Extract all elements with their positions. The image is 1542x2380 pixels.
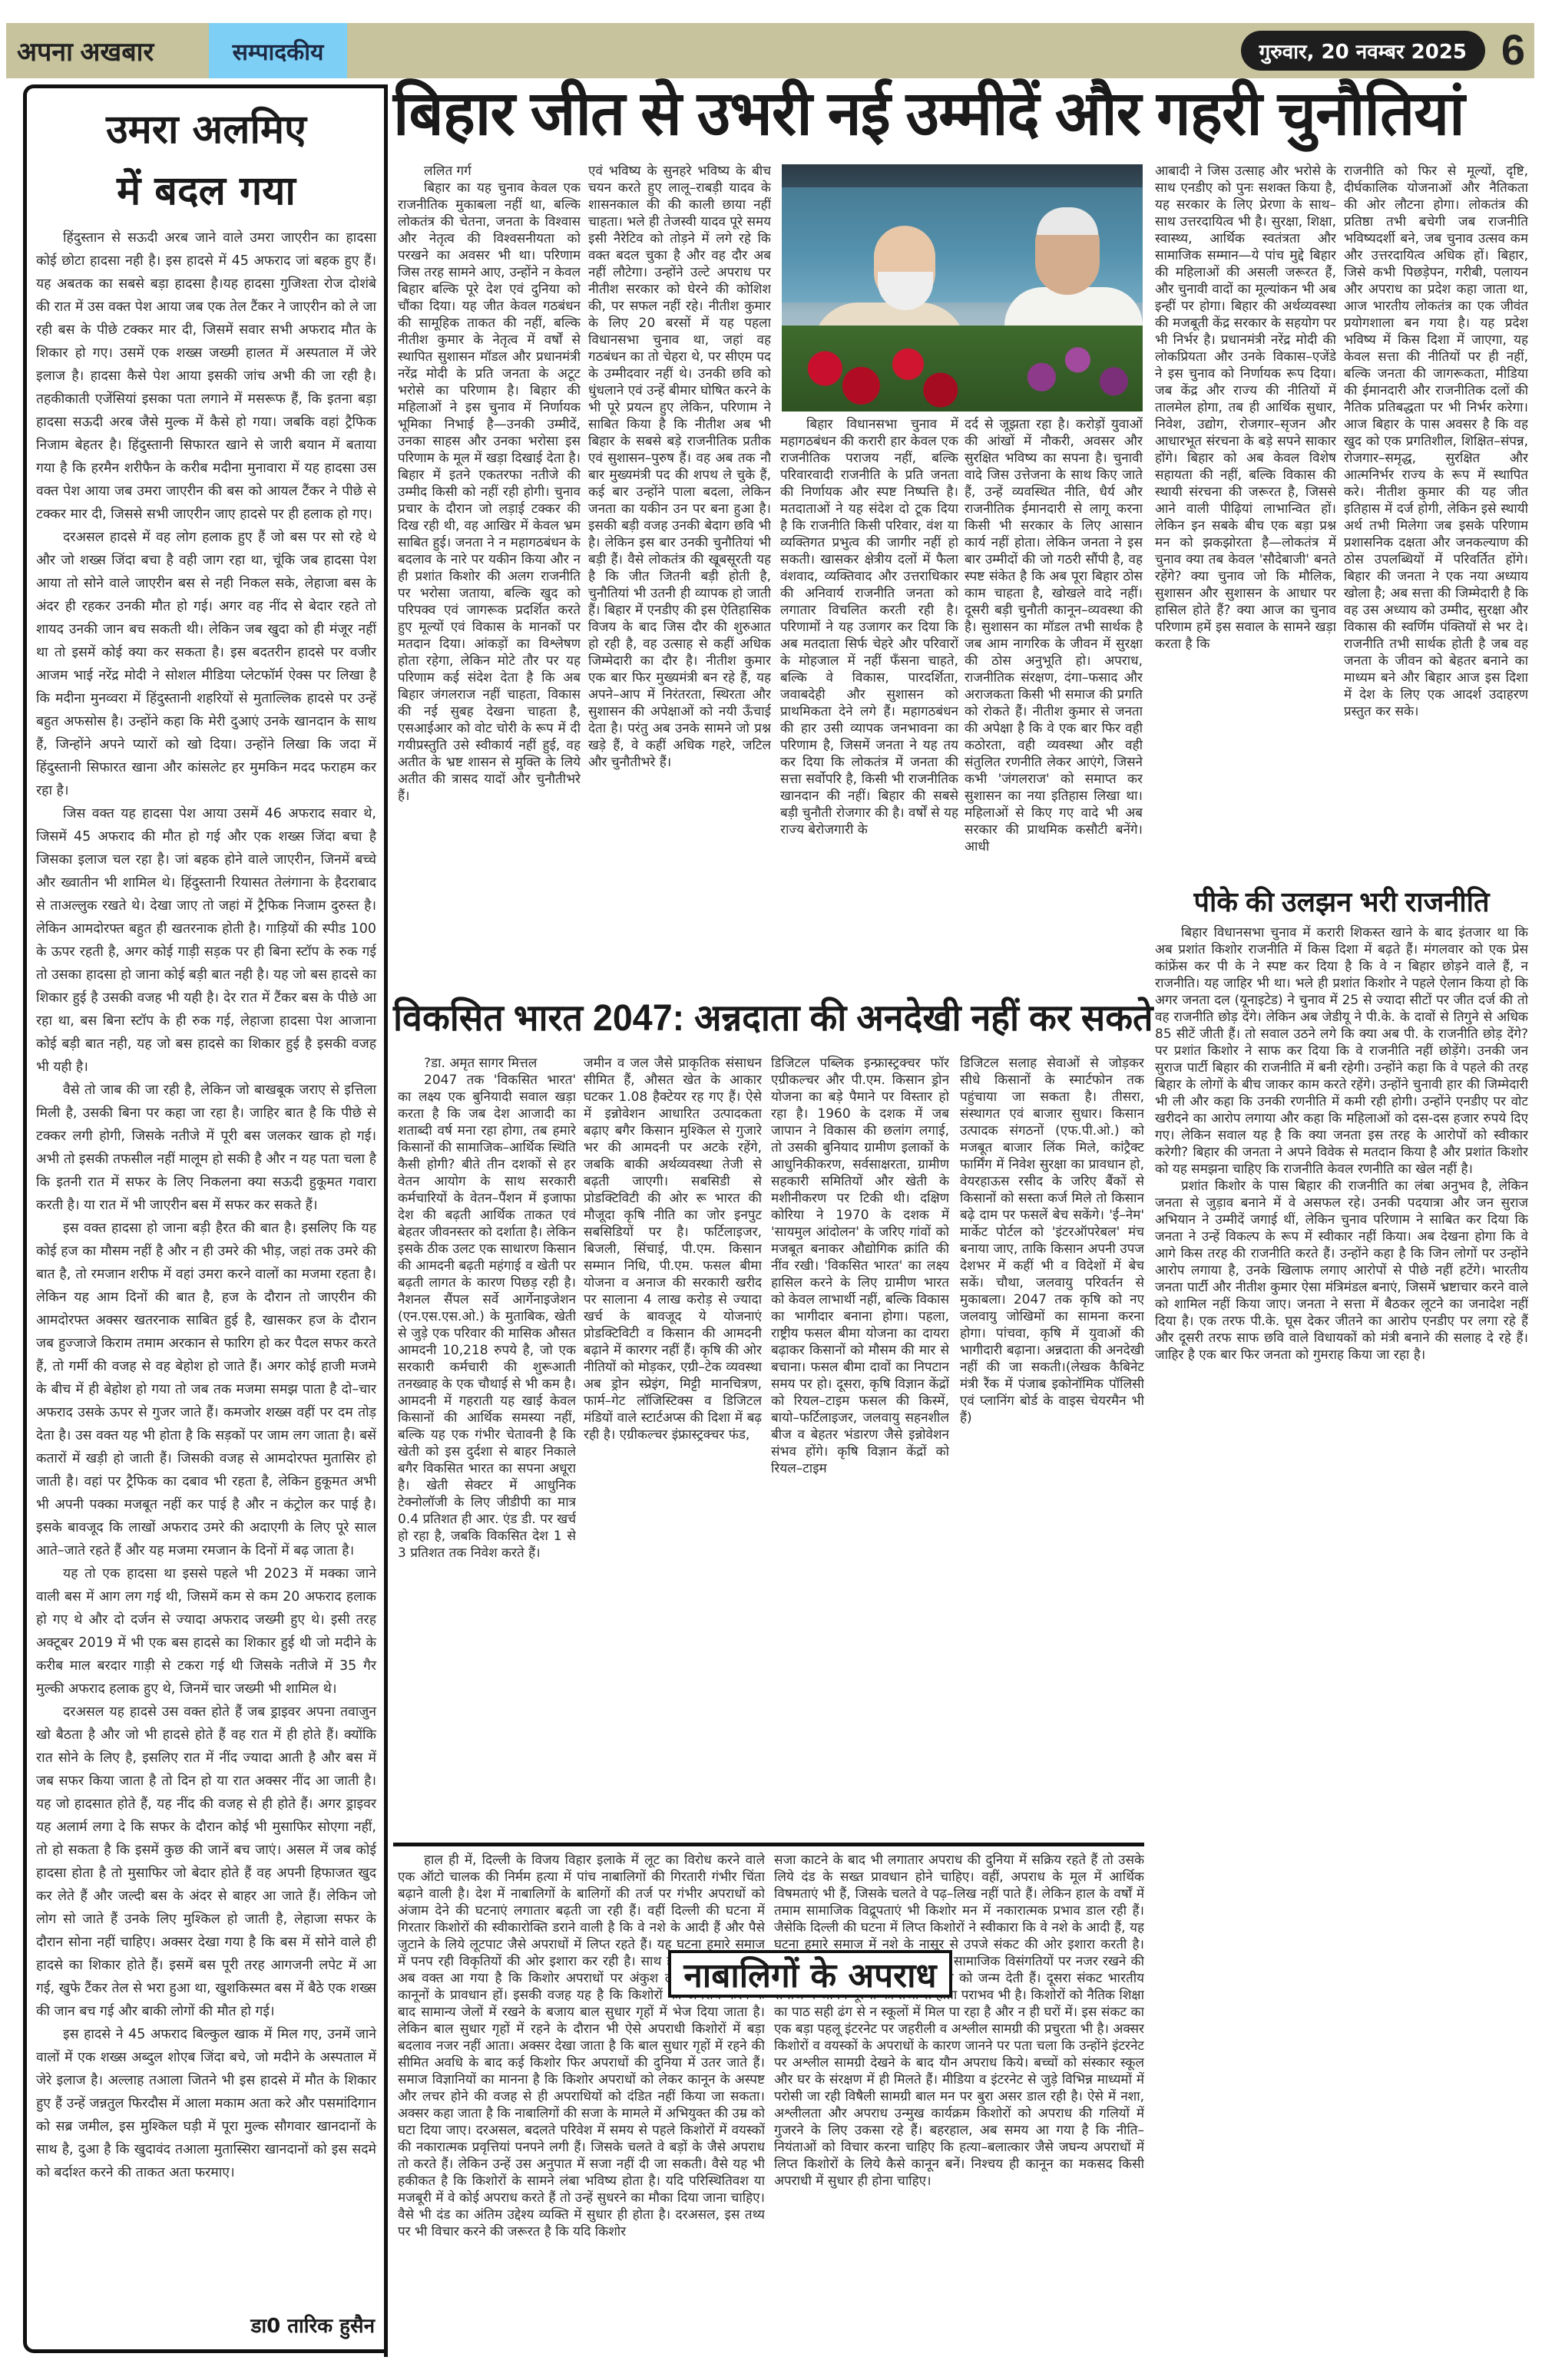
- paragraph: बिहार विधानसभा चुनाव में करारी शिकस्त खा…: [1155, 924, 1528, 1178]
- paragraph: दरअसल यह हादसे उस वक्त होते हैं जब ड्राइ…: [36, 1701, 376, 2023]
- agri-article-column-4: डिजिटल सलाह सेवाओं से जोड़कर सीधे किसानो…: [960, 1055, 1144, 1830]
- paragraph: जिस वक्त यह हादसा पेश आया उसमें 46 अफराद…: [36, 802, 376, 1079]
- paragraph: इस वक्त हादसा हो जाना बड़ी हैरत की बात ह…: [36, 1217, 376, 1562]
- agri-article-column-1: ?डा. अमृत सागर मित्तल 2047 तक 'विकसित भा…: [398, 1055, 576, 1830]
- page-number: 6: [1501, 25, 1525, 74]
- left-article-title-line2: में बदल गया: [36, 164, 376, 219]
- issue-date: गुरुवार, 20 नवम्बर 2025: [1241, 31, 1485, 71]
- left-article-box: उमरा अलमिए में बदल गया हिंदुस्तान से सऊद…: [23, 84, 384, 2353]
- lead-article-photo: [782, 164, 1143, 412]
- lead-article-column-4: दर्द से जूझता रहा है। करोड़ों युवाओं की …: [965, 416, 1143, 980]
- paragraph: वैसे तो जाब की जा रही है, लेकिन जो बाखबू…: [36, 1079, 376, 1217]
- paragraph: हाल ही में, दिल्ली के विजय विहार इलाके म…: [398, 1852, 765, 2240]
- agri-article-author: ?डा. अमृत सागर मित्तल: [398, 1055, 576, 1072]
- section-label: सम्पादकीय: [209, 23, 347, 78]
- paragraph: यह तो एक हादसा था इससे पहले भी 2023 में …: [36, 1562, 376, 1701]
- agri-article-column-3: डिजिटल पब्लिक इन्फ्रास्ट्रक्चर फॉर एग्री…: [771, 1055, 949, 1830]
- paragraph: बिहार विधानसभा चुनाव में महागठबंधन की कर…: [780, 416, 958, 838]
- paragraph: प्रशांत किशोर के पास बिहार की राजनीति का…: [1155, 1178, 1528, 1364]
- newspaper-name: अपना अखबार: [17, 33, 209, 68]
- paragraph: बिहार का यह चुनाव केवल एक राजनीतिक मुकाब…: [398, 180, 581, 805]
- lead-article-column-3: बिहार विधानसभा चुनाव में महागठबंधन की कर…: [780, 416, 958, 980]
- juvenile-article-column-1: हाल ही में, दिल्ली के विजय विहार इलाके म…: [398, 1852, 765, 2357]
- paragraph: दर्द से जूझता रहा है। करोड़ों युवाओं की …: [965, 416, 1143, 855]
- paragraph: एवं भविष्य के सुनहरे भविष्य के बीच चयन क…: [588, 163, 771, 771]
- paragraph: आबादी ने जिस उत्साह और भरोसे के साथ एनडी…: [1155, 163, 1336, 653]
- lead-article-column-6: राजनीति को फिर से मूल्यों, दृष्टि, दीर्घ…: [1344, 163, 1528, 854]
- left-article-body: हिंदुस्तान से सऊदी अरब जाने वाले उमरा जा…: [36, 226, 376, 2184]
- left-article-title-line1: उमरा अलमिए: [36, 102, 376, 157]
- paragraph: राजनीति को फिर से मूल्यों, दृष्टि, दीर्घ…: [1344, 163, 1528, 720]
- lead-article-column-2: एवं भविष्य के सुनहरे भविष्य के बीच चयन क…: [588, 163, 771, 980]
- agri-article-headline: विकसित भारत 2047: अन्नदाता की अनदेखी नही…: [393, 995, 1126, 1043]
- juvenile-article-column-2: सजा काटने के बाद भी लगातार अपराध की दुनि…: [774, 1852, 1144, 2357]
- paragraph: जमीन व जल जैसे प्राकृतिक संसाधन सीमित है…: [584, 1055, 762, 1443]
- lead-article-column-5: आबादी ने जिस उत्साह और भरोसे के साथ एनडी…: [1155, 163, 1336, 854]
- column-divider: [384, 84, 388, 2357]
- lead-article-column-1: ललित गर्ग बिहार का यह चुनाव केवल एक राजन…: [398, 163, 581, 980]
- paragraph: सजा काटने के बाद भी लगातार अपराध की दुनि…: [774, 1852, 1144, 2190]
- agri-article-column-2: जमीन व जल जैसे प्राकृतिक संसाधन सीमित है…: [584, 1055, 762, 1830]
- paragraph: हिंदुस्तान से सऊदी अरब जाने वाले उमरा जा…: [36, 226, 376, 526]
- lead-article-author: ललित गर्ग: [398, 163, 581, 180]
- paragraph: 2047 तक 'विकसित भारत' का लक्ष्य एक बुनिय…: [398, 1072, 576, 1562]
- section-divider: [393, 1843, 1144, 1846]
- lead-headline: बिहार जीत से उभरी नई उम्मीदें और गहरी चु…: [393, 80, 1518, 147]
- masthead-bar: अपना अखबार सम्पादकीय गुरुवार, 20 नवम्बर …: [6, 23, 1534, 78]
- paragraph: डिजिटल सलाह सेवाओं से जोड़कर सीधे किसानो…: [960, 1055, 1144, 1426]
- paragraph: दरअसल हादसे में वह लोग हलाक हुए हैं जो ब…: [36, 526, 376, 802]
- pk-article-headline: पीके की उलझन भरी राजनीति: [1155, 883, 1528, 921]
- juvenile-article-headline: नाबालिगों के अपराध: [668, 1950, 952, 1998]
- paragraph: डिजिटल पब्लिक इन्फ्रास्ट्रक्चर फॉर एग्री…: [771, 1055, 949, 1477]
- pk-article-body: बिहार विधानसभा चुनाव में करारी शिकस्त खा…: [1155, 924, 1528, 2357]
- left-article-author: डा0 तारिक हुसैन: [250, 2311, 375, 2339]
- paragraph: इस हादसे ने 45 अफराद बिल्कुल खाक में मिल…: [36, 2023, 376, 2184]
